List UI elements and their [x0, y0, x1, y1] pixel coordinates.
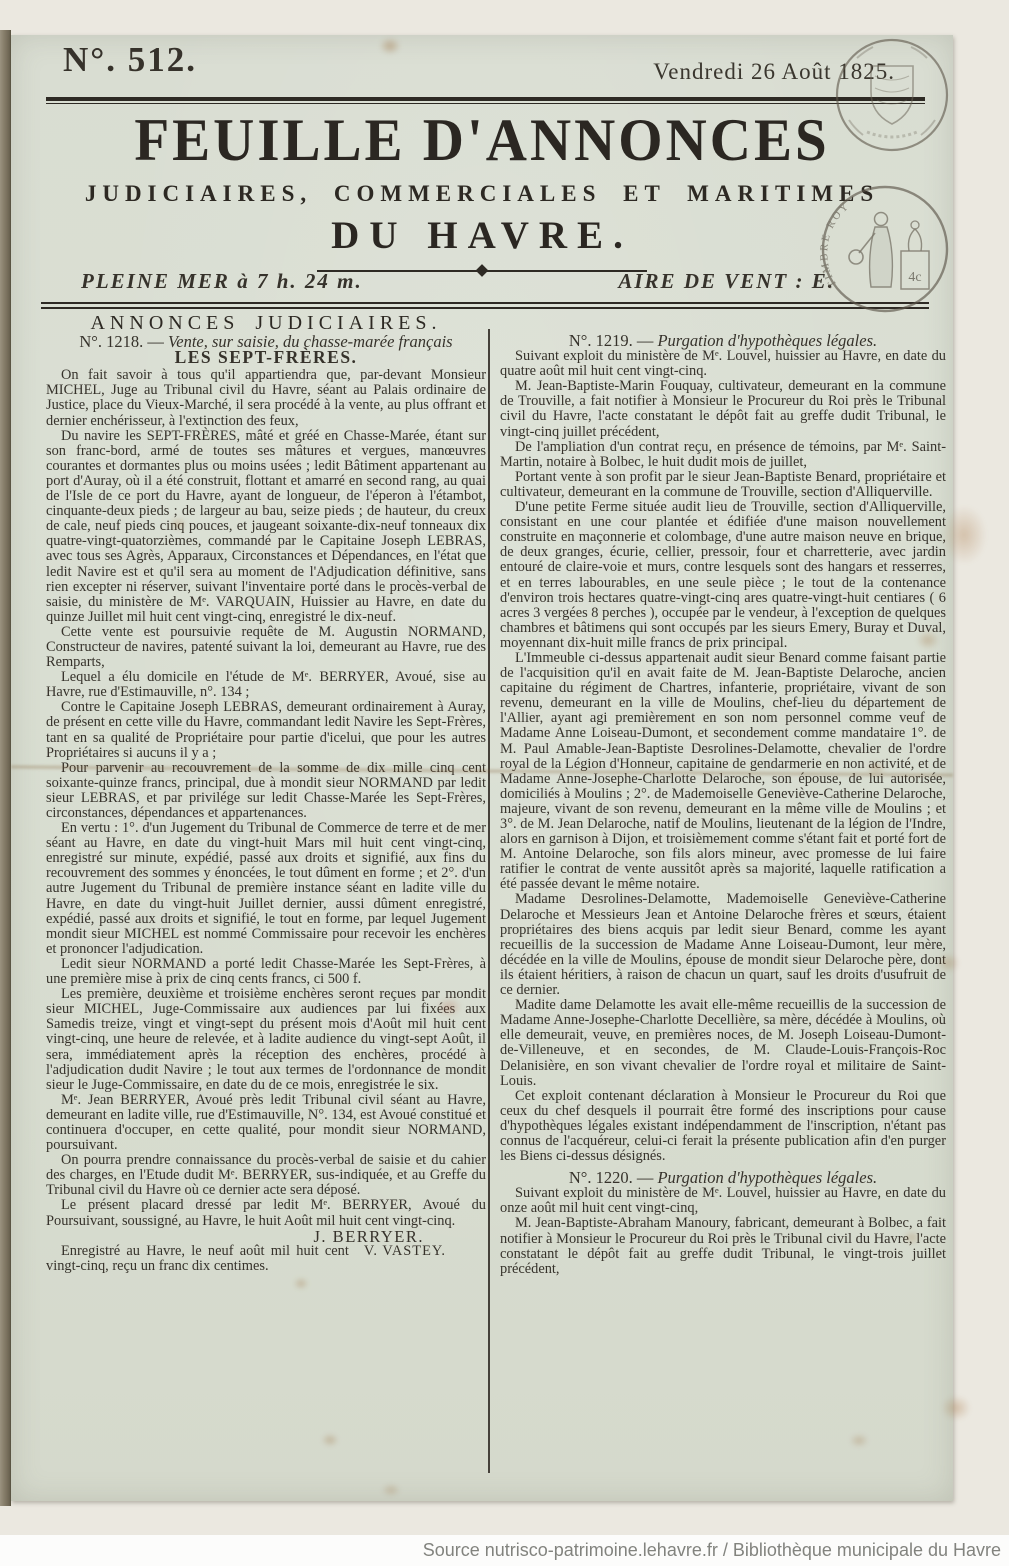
article-paragraph: On fait savoir à tous qu'il appartiendra…: [46, 368, 486, 428]
article-paragraph: Les première, deuxième et troisième ench…: [46, 987, 486, 1093]
article-paragraph: Portant vente à son profit par le sieur …: [500, 470, 946, 500]
article-paragraph: Madite dame Delamotte les avait elle-mêm…: [500, 998, 946, 1089]
paper-place: DU HAVRE.: [41, 213, 923, 258]
scanned-newspaper: { "masthead": { "issue_number": "N°. 512…: [0, 0, 1009, 1566]
stain-spot: [903, 1230, 921, 1245]
registration-signature: V. VASTEY.: [349, 1244, 486, 1259]
column-divider: [488, 329, 490, 1473]
paper-title: FEUILLE D'ANNONCES: [41, 107, 923, 174]
article-paragraph: M. Jean-Baptiste-Abraham Manoury, fabric…: [500, 1216, 946, 1276]
article-1220-heading: N°. 1220. — Purgation d'hypothèques léga…: [500, 1170, 946, 1185]
section-header: ANNONCES JUDICIAIRES.: [46, 316, 486, 331]
tax-stamp-shield-icon: [833, 36, 951, 154]
article-paragraph: M. Jean-Baptiste-Marin Fouquay, cultivat…: [500, 379, 946, 439]
article-paragraph: Lequel a élu domicile en l'étude de Mᵉ. …: [46, 670, 486, 700]
header-rule-thick: [46, 97, 925, 101]
article-number: N°. 1218. —: [79, 332, 164, 351]
header-rule-thin: [46, 103, 925, 104]
stamp-arc-text: TIMBRE ROYAL.: [817, 181, 851, 290]
masthead-bottom-rule-2: [41, 307, 929, 309]
paper-subtitle: JUDICIAIRES, COMMERCIALES ET MARITIMES: [41, 181, 923, 207]
tax-stamp-timbre-royal-icon: TIMBRE ROYAL. 4c: [817, 181, 953, 317]
article-paragraph: Suivant exploit du ministère de Mᵉ. Louv…: [500, 349, 946, 379]
article-1218-subheading: LES SEPT-FRÈRES.: [46, 350, 486, 365]
article-paragraph: Suivant exploit du ministère de Mᵉ. Louv…: [500, 1186, 946, 1216]
masthead-bottom-rule-1: [41, 302, 929, 304]
stain-spot: [436, 997, 462, 1017]
newspaper-page: N°. 512. Vendredi 26 Août 1825. FEUILLE …: [11, 35, 953, 1501]
source-bar: Source nutrisco-patrimoine.lehavre.fr / …: [0, 1535, 1009, 1566]
article-paragraph: En vertu : 1°. d'un Jugement du Tribunal…: [46, 821, 486, 957]
article-paragraph: Du navire les SEPT-FRÈRES, mâté et gréé …: [46, 429, 486, 625]
article-paragraph: Ledit sieur NORMAND a porté ledit Chasse…: [46, 957, 486, 987]
diamond-ornament-icon: [476, 264, 489, 277]
stain-spot: [849, 1433, 869, 1448]
stain-spot: [941, 505, 987, 565]
stain-spot: [381, 1483, 401, 1497]
registration-note: V. VASTEY. Enregistré au Havre, le neuf …: [46, 1244, 486, 1274]
signature: J. BERRYER.: [46, 1229, 486, 1244]
issue-number: N°. 512.: [63, 40, 197, 80]
article-paragraph: Madame Desrolines-Delamotte, Mademoisell…: [500, 892, 946, 998]
article-paragraph: On pourra prendre connaissance du procès…: [46, 1153, 486, 1198]
stain-spot: [941, 1395, 971, 1421]
stain-spot: [936, 953, 960, 973]
stain-spot: [321, 1433, 339, 1447]
article-paragraph: Mᵉ. Jean BERRYER, Avoué près ledit Tribu…: [46, 1093, 486, 1153]
article-paragraph: D'une petite Ferme située audit lieu de …: [500, 500, 946, 651]
svg-text:TIMBRE ROYAL.: TIMBRE ROYAL.: [817, 181, 851, 290]
stain-spot: [169, 517, 187, 531]
stain-spot: [293, 1277, 309, 1290]
article-paragraph: Contre le Capitaine Joseph LEBRAS, demeu…: [46, 700, 486, 760]
source-text: Source nutrisco-patrimoine.lehavre.fr / …: [423, 1540, 1001, 1560]
masthead: FEUILLE D'ANNONCES JUDICIAIRES, COMMERCI…: [41, 109, 923, 272]
ornament-rule: [317, 270, 647, 272]
article-paragraph: Cette vente est poursuivie requête de M.…: [46, 625, 486, 670]
wind-info: AIRE DE VENT : E.: [618, 269, 835, 294]
adjacent-page-edge: [0, 30, 11, 1506]
stamp-value-text: 4c: [908, 270, 921, 285]
left-column: ANNONCES JUDICIAIRES. N°. 1218. — Vente,…: [46, 316, 486, 1481]
stain-spot: [379, 37, 401, 55]
article-paragraph: Cet exploit contenant déclaration à Mons…: [500, 1089, 946, 1164]
tide-info: PLEINE MER à 7 h. 24 m.: [81, 269, 363, 294]
right-column: N°. 1219. — Purgation d'hypothèques léga…: [500, 316, 946, 1496]
stain-spot: [866, 760, 886, 776]
registration-text: Enregistré au Havre, le neuf août mil hu…: [46, 1243, 349, 1274]
article-paragraph: De l'ampliation d'un contrat reçu, en pr…: [500, 440, 946, 470]
stain-spot: [916, 630, 940, 650]
article-1219-heading: N°. 1219. — Purgation d'hypothèques léga…: [500, 333, 946, 348]
article-paragraph: Le présent placard dressé par ledit Mᵉ. …: [46, 1198, 486, 1228]
